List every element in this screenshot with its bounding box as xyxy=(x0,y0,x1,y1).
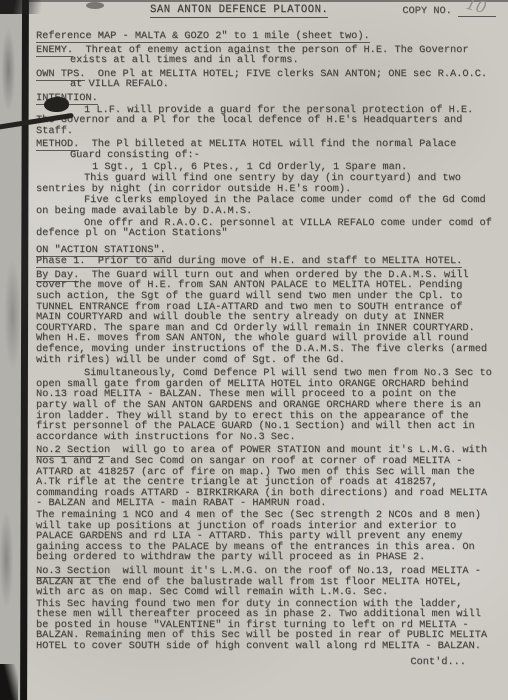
paragraph: OWN TPS. One Pl at MELITA HOTEL; FIVE cl… xyxy=(36,69,492,90)
paragraph: Five clerks employed in the Palace come … xyxy=(36,195,492,216)
paragraph: Phase 1. Prior to and during move of H.E… xyxy=(36,256,492,267)
paragraph: Reference MAP - MALTA & GOZO 2" to 1 mil… xyxy=(36,31,492,42)
paragraph: No.2 Section will go to area of POWER ST… xyxy=(36,445,492,509)
copy-number-line: 10 xyxy=(458,4,496,17)
copy-number-label: COPY NO. xyxy=(402,5,451,17)
paragraph: This Sec having found two men for duty i… xyxy=(36,599,492,652)
document-page: SAN ANTON DEFENCE PLATOON. COPY NO. 10 R… xyxy=(0,0,508,700)
paragraph: ON "ACTION STATIONS". xyxy=(36,245,492,256)
section-label: METHOD. xyxy=(36,138,79,151)
paragraph: One offr and R.A.O.C. personnel at VILLA… xyxy=(36,218,492,239)
section-label: By Day. xyxy=(36,269,79,282)
paragraph: METHOD. The Pl billeted at MELITA HOTEL … xyxy=(36,139,492,160)
copy-number-block: COPY NO. 10 xyxy=(402,4,496,17)
document-body: Reference MAP - MALTA & GOZO 2" to 1 mil… xyxy=(0,29,508,652)
section-label: Reference MAP - MALTA & GOZO 2" to 1 mil… xyxy=(36,30,370,43)
section-label: Phase 1. Prior to and during move of H.E… xyxy=(36,255,462,268)
paragraph: INTENTION. xyxy=(36,93,492,104)
paragraph: No.3 Section will mount it's L.M.G. on t… xyxy=(36,566,492,598)
paragraph: 1 L.F. will provide a guard for the pers… xyxy=(36,105,492,137)
paragraph: By Day. The Guard will turn out and when… xyxy=(36,270,492,365)
section-label: No.2 Section xyxy=(36,444,110,457)
copy-number-handwritten: 10 xyxy=(464,0,488,17)
paragraph: Simultaneously, Comd Defence Pl will sen… xyxy=(36,368,492,442)
paragraph: 1 Sgt., 1 Cpl., 6 Ptes., 1 Cd Orderly, 1… xyxy=(36,162,492,173)
paragraph: This guard will find one sentry by day (… xyxy=(36,173,492,194)
ink-blob xyxy=(44,97,69,112)
paragraph: The remaining 1 NCO and 4 men of the Sec… xyxy=(36,510,492,563)
continued-note: Cont'd... xyxy=(0,655,508,668)
section-label: ENEMY. xyxy=(36,44,73,57)
document-header: SAN ANTON DEFENCE PLATOON. COPY NO. 10 xyxy=(0,0,508,29)
section-label: OWN TPS. xyxy=(36,68,85,81)
scan-corner-bottom-left xyxy=(0,664,18,700)
page-title: SAN ANTON DEFENCE PLATOON. xyxy=(150,4,328,18)
scan-edge-dirt xyxy=(0,0,21,700)
section-label: No.3 Section xyxy=(36,565,110,578)
paragraph: ENEMY. Threat of enemy action against th… xyxy=(36,45,492,66)
